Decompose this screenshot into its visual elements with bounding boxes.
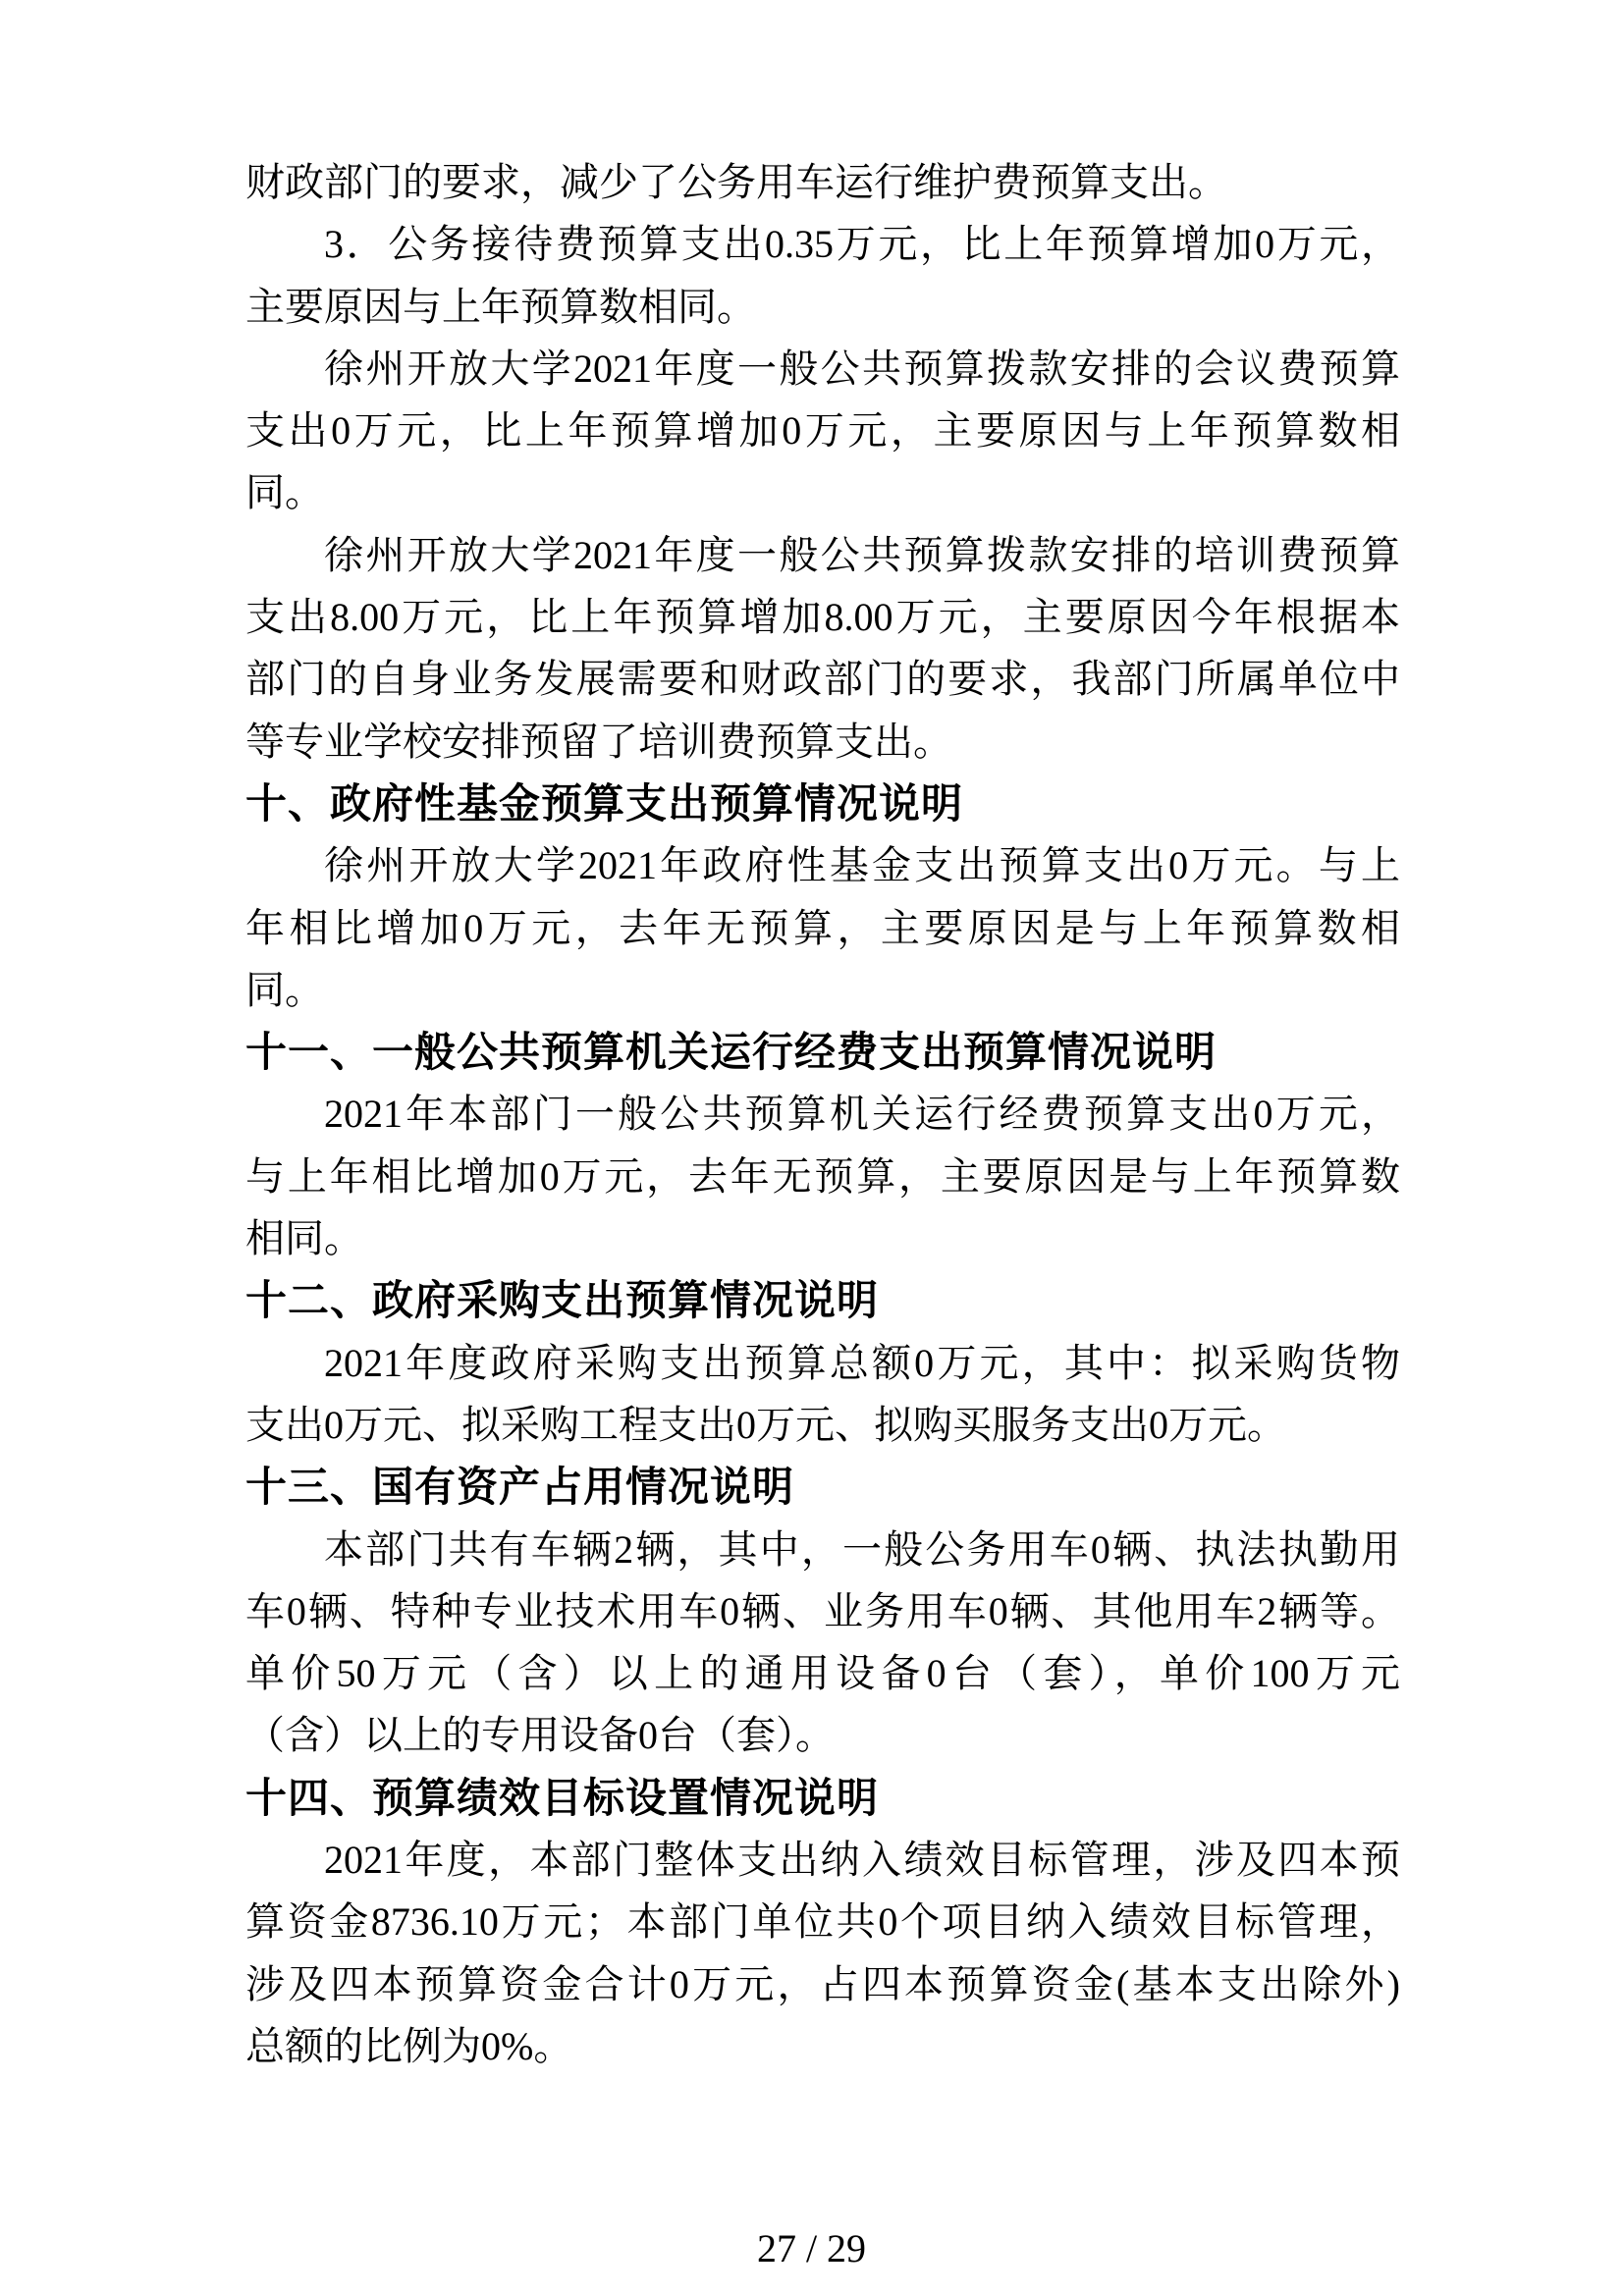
paragraph-line: 单价50万元（含）以上的通用设备0台（套），单价100万元 (245, 1642, 1400, 1704)
paragraph-line: 总额的比例为0%。 (245, 2015, 1400, 2077)
paragraph-line: 年相比增加0万元，去年无预算，主要原因是与上年预算数相 (245, 897, 1400, 959)
section-heading: 十二、政府采购支出预算情况说明 (245, 1269, 1400, 1331)
paragraph-line: 支出0万元，比上年预算增加0万元，主要原因与上年预算数相 (245, 400, 1400, 461)
paragraph-line: 财政部门的要求，减少了公务用车运行维护费预算支出。 (245, 151, 1400, 213)
section-heading: 十四、预算绩效目标设置情况说明 (245, 1767, 1400, 1829)
section-heading: 十、政府性基金预算支出预算情况说明 (245, 773, 1400, 834)
paragraph-line: 主要原因与上年预算数相同。 (245, 276, 1400, 338)
paragraph-line: 部门的自身业务发展需要和财政部门的要求，我部门所属单位中 (245, 648, 1400, 710)
paragraph-line: （含）以上的专用设备0台（套）。 (245, 1704, 1400, 1766)
paragraph-line: 等专业学校安排预留了培训费预算支出。 (245, 711, 1400, 773)
paragraph-line: 支出8.00万元，比上年预算增加8.00万元，主要原因今年根据本 (245, 586, 1400, 648)
section-heading: 十一、一般公共预算机关运行经费支出预算情况说明 (245, 1021, 1400, 1083)
paragraph-line: 车0辆、特种专业技术用车0辆、业务用车0辆、其他用车2辆等。 (245, 1580, 1400, 1642)
paragraph-line: 算资金8736.10万元；本部门单位共0个项目纳入绩效目标管理， (245, 1891, 1400, 1952)
paragraph-line: 本部门共有车辆2辆，其中，一般公务用车0辆、执法执勤用 (245, 1519, 1400, 1580)
paragraph-line: 与上年相比增加0万元，去年无预算，主要原因是与上年预算数 (245, 1146, 1400, 1207)
page-number: 27 / 29 (0, 2226, 1623, 2271)
section-heading: 十三、国有资产占用情况说明 (245, 1456, 1400, 1518)
paragraph-line: 支出0万元、拟采购工程支出0万元、拟购买服务支出0万元。 (245, 1394, 1400, 1456)
paragraph-line: 2021年本部门一般公共预算机关运行经费预算支出0万元， (245, 1083, 1400, 1145)
paragraph-line: 相同。 (245, 1207, 1400, 1269)
paragraph-line: 2021年度，本部门整体支出纳入绩效目标管理，涉及四本预 (245, 1829, 1400, 1891)
paragraph-line: 徐州开放大学2021年政府性基金支出预算支出0万元。与上 (245, 834, 1400, 896)
paragraph-line: 同。 (245, 461, 1400, 523)
paragraph-line: 徐州开放大学2021年度一般公共预算拨款安排的会议费预算 (245, 338, 1400, 400)
paragraph-line: 2021年度政府采购支出预算总额0万元，其中：拟采购货物 (245, 1332, 1400, 1394)
paragraph-line: 徐州开放大学2021年度一般公共预算拨款安排的培训费预算 (245, 524, 1400, 586)
document-page: 财政部门的要求，减少了公务用车运行维护费预算支出。3．公务接待费预算支出0.35… (0, 0, 1623, 2296)
paragraph-line: 涉及四本预算资金合计0万元，占四本预算资金(基本支出除外) (245, 1953, 1400, 2015)
paragraph-line: 3．公务接待费预算支出0.35万元，比上年预算增加0万元， (245, 213, 1400, 275)
document-lines: 财政部门的要求，减少了公务用车运行维护费预算支出。3．公务接待费预算支出0.35… (245, 151, 1400, 2077)
paragraph-line: 同。 (245, 959, 1400, 1021)
